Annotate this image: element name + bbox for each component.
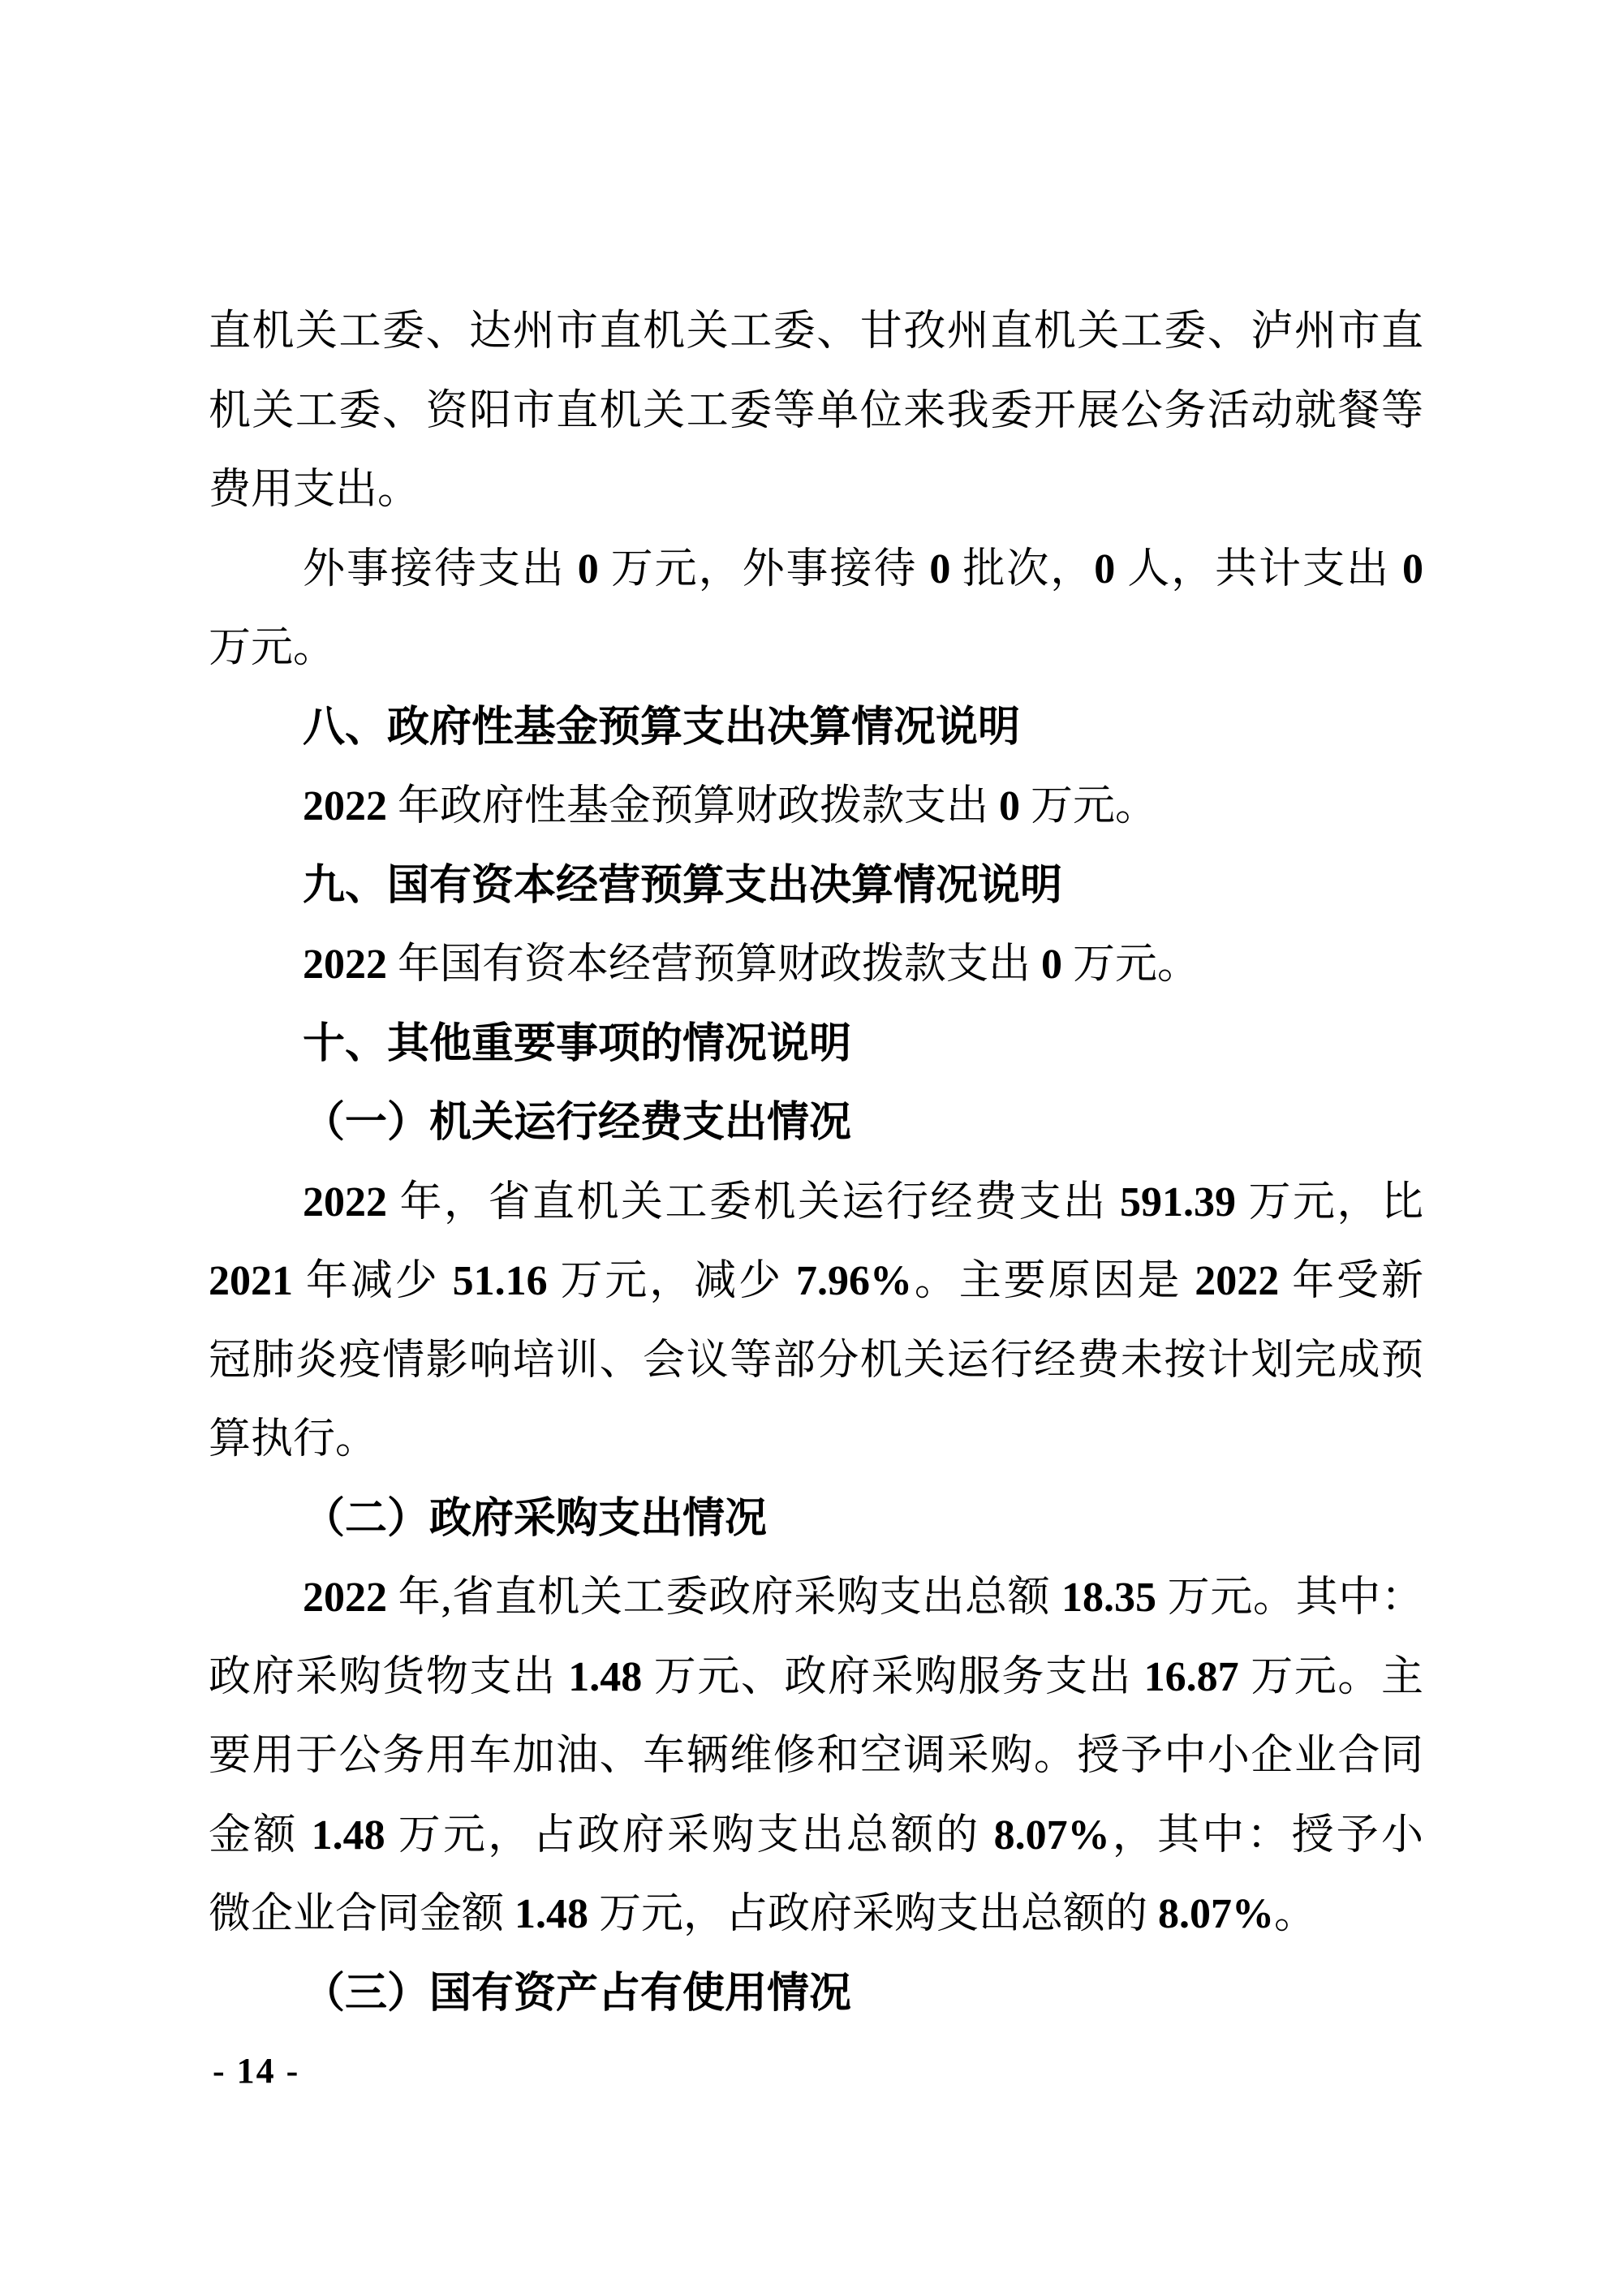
text-segment: 年,省直机关工委政府采购支出总额 — [387, 1574, 1061, 1621]
text-segment: 万元，减少 — [548, 1258, 796, 1304]
emphasized-number: 1.48 — [514, 1891, 588, 1937]
text-segment: 万元，比 — [1236, 1179, 1423, 1226]
body-text-line: 2022 年，省直机关工委机关运行经费支出 591.39 万元，比 — [209, 1163, 1423, 1243]
page-number: - 14 - — [213, 2052, 299, 2091]
text-segment: 九、国有资本经营预算支出决算情况说明 — [303, 862, 1062, 909]
body-text-line: 直机关工委、达州市直机关工委、甘孜州直机关工委、泸州市直 — [209, 292, 1423, 372]
emphasized-number: 2022 — [1195, 1258, 1279, 1304]
text-segment: 年，省直机关工委机关运行经费支出 — [387, 1179, 1120, 1226]
text-segment: 人，共计支出 — [1115, 546, 1402, 592]
emphasized-number: 2022 — [303, 783, 387, 829]
text-segment: ，其中：授予小 — [1110, 1812, 1423, 1859]
emphasized-number: 2022 — [303, 1574, 387, 1621]
emphasized-number: 0 — [1094, 546, 1115, 592]
emphasized-number: 1.48 — [568, 1654, 642, 1700]
text-segment: 万元。其中： — [1156, 1574, 1423, 1621]
text-segment: 冠肺炎疫情影响培训、会议等部分机关运行经费未按计划完成预 — [209, 1338, 1423, 1384]
body-text-line: 要用于公务用车加油、车辆维修和空调采购。授予中小企业合同 — [209, 1717, 1423, 1796]
body-text-line: 费用支出。 — [209, 450, 1423, 530]
sub-section-heading: （三）国有资产占有使用情况 — [209, 1954, 1423, 2034]
emphasized-number: 51.16 — [453, 1258, 548, 1304]
sub-section-heading: （二）政府采购支出情况 — [209, 1480, 1423, 1559]
text-segment: 十、其他重要事项的情况说明 — [303, 1020, 851, 1067]
section-heading: 八、政府性基金预算支出决算情况说明 — [209, 688, 1423, 768]
document-page: 直机关工委、达州市直机关工委、甘孜州直机关工委、泸州市直机关工委、资阳市直机关工… — [0, 0, 1623, 2296]
body-text-line: 2022 年,省直机关工委政府采购支出总额 18.35 万元。其中： — [209, 1558, 1423, 1638]
emphasized-number: 591.39 — [1120, 1179, 1236, 1226]
body-text-line: 2021 年减少 51.16 万元，减少 7.96%。主要原因是 2022 年受… — [209, 1242, 1423, 1321]
emphasized-number: 2022 — [303, 941, 387, 988]
text-segment: 机关工委、资阳市直机关工委等单位来我委开展公务活动就餐等 — [209, 388, 1423, 434]
emphasized-number: 0 — [578, 546, 599, 592]
body-text-line: 万元。 — [209, 609, 1423, 688]
body-text-line: 政府采购货物支出 1.48 万元、政府采购服务支出 16.87 万元。主 — [209, 1638, 1423, 1717]
emphasized-number: 0 — [999, 783, 1020, 829]
section-heading: 十、其他重要事项的情况说明 — [209, 1005, 1423, 1084]
text-segment: 万元、政府采购服务支出 — [642, 1654, 1143, 1700]
emphasized-number: 7.96% — [796, 1258, 912, 1304]
body-text-line: 冠肺炎疫情影响培训、会议等部分机关运行经费未按计划完成预 — [209, 1321, 1423, 1401]
text-segment: 万元。 — [1062, 941, 1199, 988]
emphasized-number: 0 — [929, 546, 950, 592]
emphasized-number: 1.48 — [312, 1812, 385, 1859]
text-segment: 外事接待支出 — [303, 546, 578, 592]
emphasized-number: 16.87 — [1144, 1654, 1239, 1700]
body-text-line: 金额 1.48 万元，占政府采购支出总额的 8.07%，其中：授予小 — [209, 1796, 1423, 1876]
text-segment: 批次， — [950, 546, 1094, 592]
body-text-line: 微企业合同金额 1.48 万元，占政府采购支出总额的 8.07%。 — [209, 1875, 1423, 1954]
emphasized-number: 0 — [1402, 546, 1423, 592]
text-segment: 。主要原因是 — [912, 1258, 1195, 1304]
text-segment: 万元，占政府采购支出总额的 — [385, 1812, 994, 1859]
emphasized-number: 0 — [1041, 941, 1062, 988]
emphasized-number: 8.07% — [1158, 1891, 1274, 1937]
text-segment: 年受新 — [1279, 1258, 1423, 1304]
text-segment: 。 — [1274, 1891, 1316, 1937]
text-segment: （三）国有资产占有使用情况 — [303, 1971, 851, 2017]
text-segment: （二）政府采购支出情况 — [303, 1496, 767, 1542]
text-segment: 年国有资本经营预算财政拨款支出 — [387, 941, 1041, 988]
text-segment: 政府采购货物支出 — [209, 1654, 568, 1700]
body-text-line: 外事接待支出 0 万元，外事接待 0 批次，0 人，共计支出 0 — [209, 530, 1423, 610]
sub-section-heading: （一）机关运行经费支出情况 — [209, 1083, 1423, 1163]
body-text-line: 2022 年政府性基金预算财政拨款支出 0 万元。 — [209, 767, 1423, 846]
text-segment: 八、政府性基金预算支出决算情况说明 — [303, 704, 1020, 751]
emphasized-number: 18.35 — [1061, 1574, 1156, 1621]
emphasized-number: 2021 — [209, 1258, 293, 1304]
emphasized-number: 8.07% — [994, 1812, 1110, 1859]
text-segment: 万元。 — [1020, 783, 1157, 829]
document-body: 直机关工委、达州市直机关工委、甘孜州直机关工委、泸州市直机关工委、资阳市直机关工… — [209, 292, 1423, 2033]
text-segment: 万元。 — [209, 625, 335, 671]
text-segment: 万元，占政府采购支出总额的 — [588, 1891, 1158, 1937]
body-text-line: 算执行。 — [209, 1400, 1423, 1480]
text-segment: 要用于公务用车加油、车辆维修和空调采购。授予中小企业合同 — [209, 1733, 1423, 1779]
text-segment: 年政府性基金预算财政拨款支出 — [387, 783, 999, 829]
body-text-line: 机关工委、资阳市直机关工委等单位来我委开展公务活动就餐等 — [209, 372, 1423, 451]
text-segment: 年减少 — [293, 1258, 453, 1304]
text-segment: 万元，外事接待 — [599, 546, 930, 592]
emphasized-number: 2022 — [303, 1179, 387, 1226]
section-heading: 九、国有资本经营预算支出决算情况说明 — [209, 846, 1423, 926]
text-segment: 直机关工委、达州市直机关工委、甘孜州直机关工委、泸州市直 — [209, 308, 1423, 355]
text-segment: 算执行。 — [209, 1416, 377, 1462]
body-text-line: 2022 年国有资本经营预算财政拨款支出 0 万元。 — [209, 925, 1423, 1005]
text-segment: 金额 — [209, 1812, 312, 1859]
text-segment: 费用支出。 — [209, 467, 420, 513]
text-segment: 微企业合同金额 — [209, 1891, 514, 1937]
text-segment: 万元。主 — [1239, 1654, 1423, 1700]
text-segment: （一）机关运行经费支出情况 — [303, 1100, 851, 1146]
